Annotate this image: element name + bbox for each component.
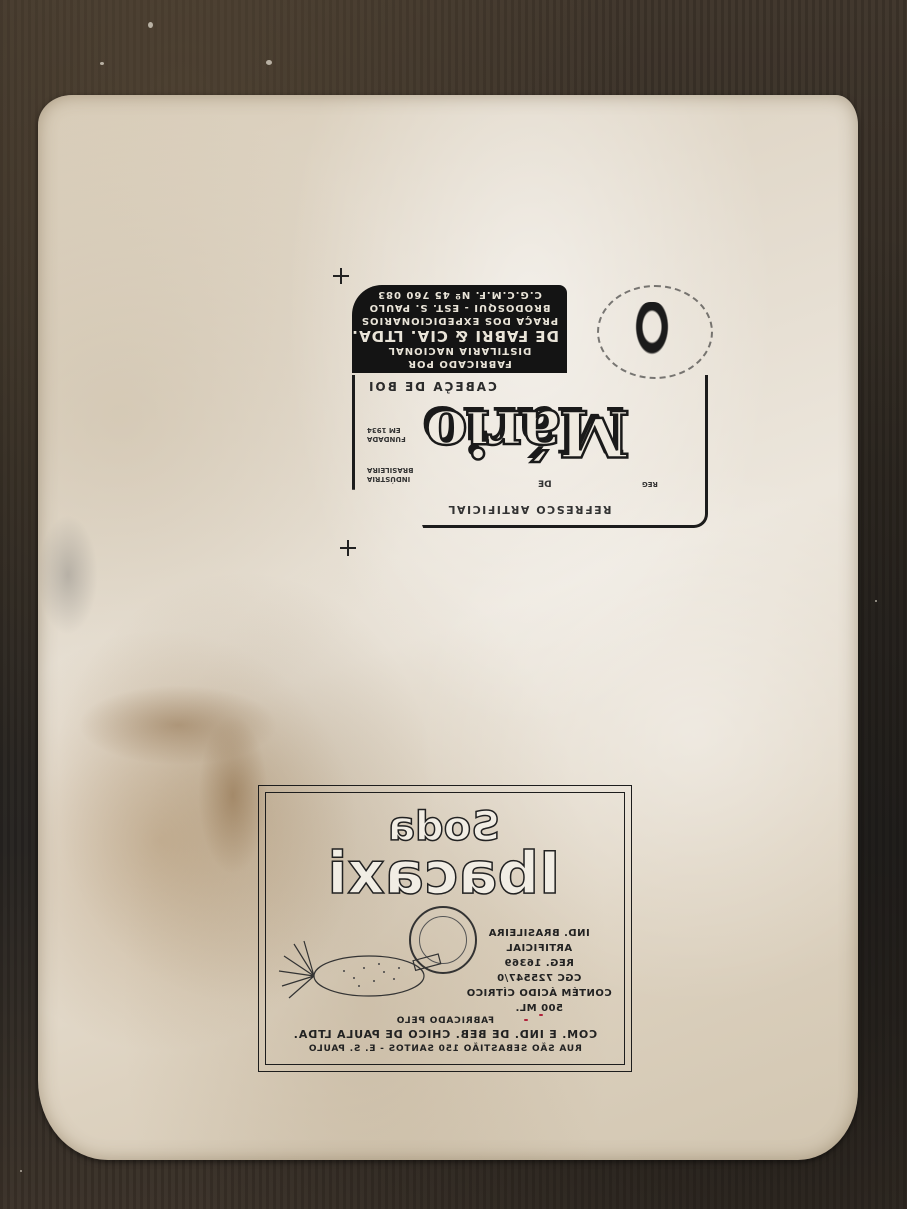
panel-line: DE FABRI & CIA. LTDA. [360, 327, 559, 344]
panel-line: C.G.C.M.F. Nº 45 760 083 [360, 288, 559, 301]
manufacturer-info: FABRICADO PELO COM. E IND. DE BEB. CHICO… [273, 1014, 617, 1056]
pineapple-icon [274, 936, 444, 1006]
label-soda-ibacaxi: Soda Ibacaxi IND. BRASILEIRA ARTIFICIAL … [258, 785, 632, 1072]
subtitle: CABEÇA DE BOI [367, 380, 497, 394]
registration-mark-icon [333, 268, 349, 284]
reg-text: REG [642, 480, 658, 488]
fabricado-text: FABRICADO PELO [273, 1014, 617, 1028]
address-text: RUA SÃO SEBASTIÃO 150 SANTOS - E. S. PAU… [273, 1042, 617, 1056]
detail-line: CONTÉM ÁCIDO CÍTRICO [464, 986, 614, 1001]
portrait-face-icon [634, 302, 670, 357]
founded-text: EM 1934 FUNDADA [367, 425, 406, 443]
portrait-seal-icon [597, 285, 713, 379]
industry-text: BRASILEIRA INDÚSTRIA [367, 465, 413, 483]
label-mario-refresco: C.G.C.M.F. Nº 45 760 083 BRODOSQUI - EST… [352, 285, 704, 540]
wood-speck [100, 62, 104, 65]
product-title: Soda Ibacaxi [319, 804, 569, 896]
dark-smudge [38, 515, 98, 635]
product-type: REFRESCO ARTIFICIAL [447, 503, 612, 516]
wood-speck [266, 60, 272, 65]
product-details: IND. BRASILEIRA ARTIFICIAL REG. 16369 CG… [464, 926, 614, 1016]
company-name: COM. E IND. DE BEB. CHICO DE PAULA LTDA. [273, 1028, 617, 1042]
label-black-panel: C.G.C.M.F. Nº 45 760 083 BRODOSQUI - EST… [352, 285, 567, 373]
registration-mark-icon [340, 540, 356, 556]
panel-line: FABRICADO POR [360, 357, 559, 370]
detail-line: CGC 725547/0 [464, 971, 614, 986]
panel-line: PRAÇA DOS EXPEDICIONARIOS [360, 314, 559, 327]
red-ink-mark [539, 1014, 543, 1016]
brand-name: Mário [427, 395, 630, 470]
de-text: DE [538, 480, 552, 490]
detail-line: IND. BRASILEIRA [464, 926, 614, 941]
wood-speck [875, 600, 877, 602]
wood-speck [148, 22, 153, 28]
red-ink-mark [524, 1019, 528, 1021]
wood-speck [20, 1170, 22, 1172]
panel-line: BRODOSQUI - EST. S. PAULO [360, 301, 559, 314]
detail-line: REG. 16369 [464, 956, 614, 971]
detail-line: ARTIFICIAL [464, 941, 614, 956]
panel-line: DISTILARIA NACIONAL [360, 344, 559, 357]
